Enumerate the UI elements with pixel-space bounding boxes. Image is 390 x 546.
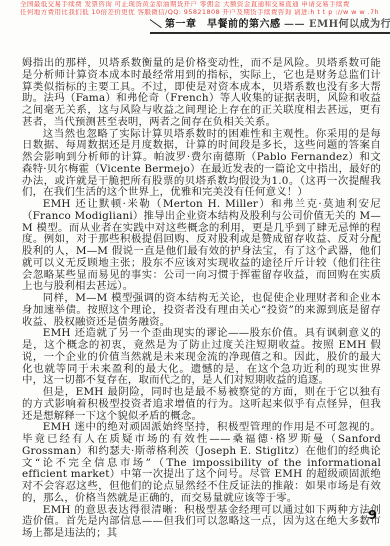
paragraph: 但是，EMH 最阴险，同时也是最不易被察觉的方面，则在于它以独有的方式影响着积极… [22, 387, 381, 422]
paragraph: 姆指出的那样，贝塔系数衡量的是价格变动性，而不是风险。贝塔系数可能是分析师计算资… [22, 58, 381, 129]
chapter-subtitle: —— EMH何以成为行业毒瘤 [284, 19, 390, 30]
body-text-block: 姆指出的那样，贝塔系数衡量的是价格变动性，而不是风险。贝塔系数可能是分析师计算资… [22, 58, 381, 540]
paragraph: 这当然也忽略了实际计算贝塔系数时的困难性和主观性。你采用的是每日数据、每周数据还… [22, 129, 381, 200]
paragraph: 同样，M—M 模型强调的资本结构无关论，也促使企业理财者和企业本身加速举债。按照… [22, 293, 381, 328]
paragraph: EMH 的意思表达得很清晰：积极型基金经理可以通过如下两种方法创造价值。首先是内… [22, 505, 381, 540]
header-slash-mark: ＼ [150, 15, 162, 30]
chapter-title: 第一章 早餐前的第六感 [165, 19, 281, 30]
paragraph: EMH 还造就了另一个歪曲现实的谬论——股东价值。具有讽刺意义的是，这个概念的初… [22, 328, 381, 387]
watermark-line-1: 全国最低交易手续费 发票咨询 可止现货黄金原油期货开户 零佣金 大额资金直通和交… [20, 1, 388, 9]
watermark-ad: 全国最低交易手续费 发票咨询 可止现货黄金原油期货开户 零佣金 大额资金直通和交… [20, 1, 388, 16]
page-number: 9 [368, 507, 377, 522]
chapter-running-head: ＼第一章 早餐前的第六感 —— EMH何以成为行业毒瘤 [150, 15, 390, 34]
book-page: 全国最低交易手续费 发票咨询 可止现货黄金原油期货开户 零佣金 大额资金直通和交… [0, 0, 390, 546]
paragraph: EMH 还让默顿·米勒（Merton H. Miller）和弗兰克·莫迪利安尼（… [22, 199, 381, 293]
paragraph: EMH 迷中的绝对顽固派始终坚持，积极型管理的作用是不可忽视的。毕竟已经有人在质… [22, 422, 381, 504]
